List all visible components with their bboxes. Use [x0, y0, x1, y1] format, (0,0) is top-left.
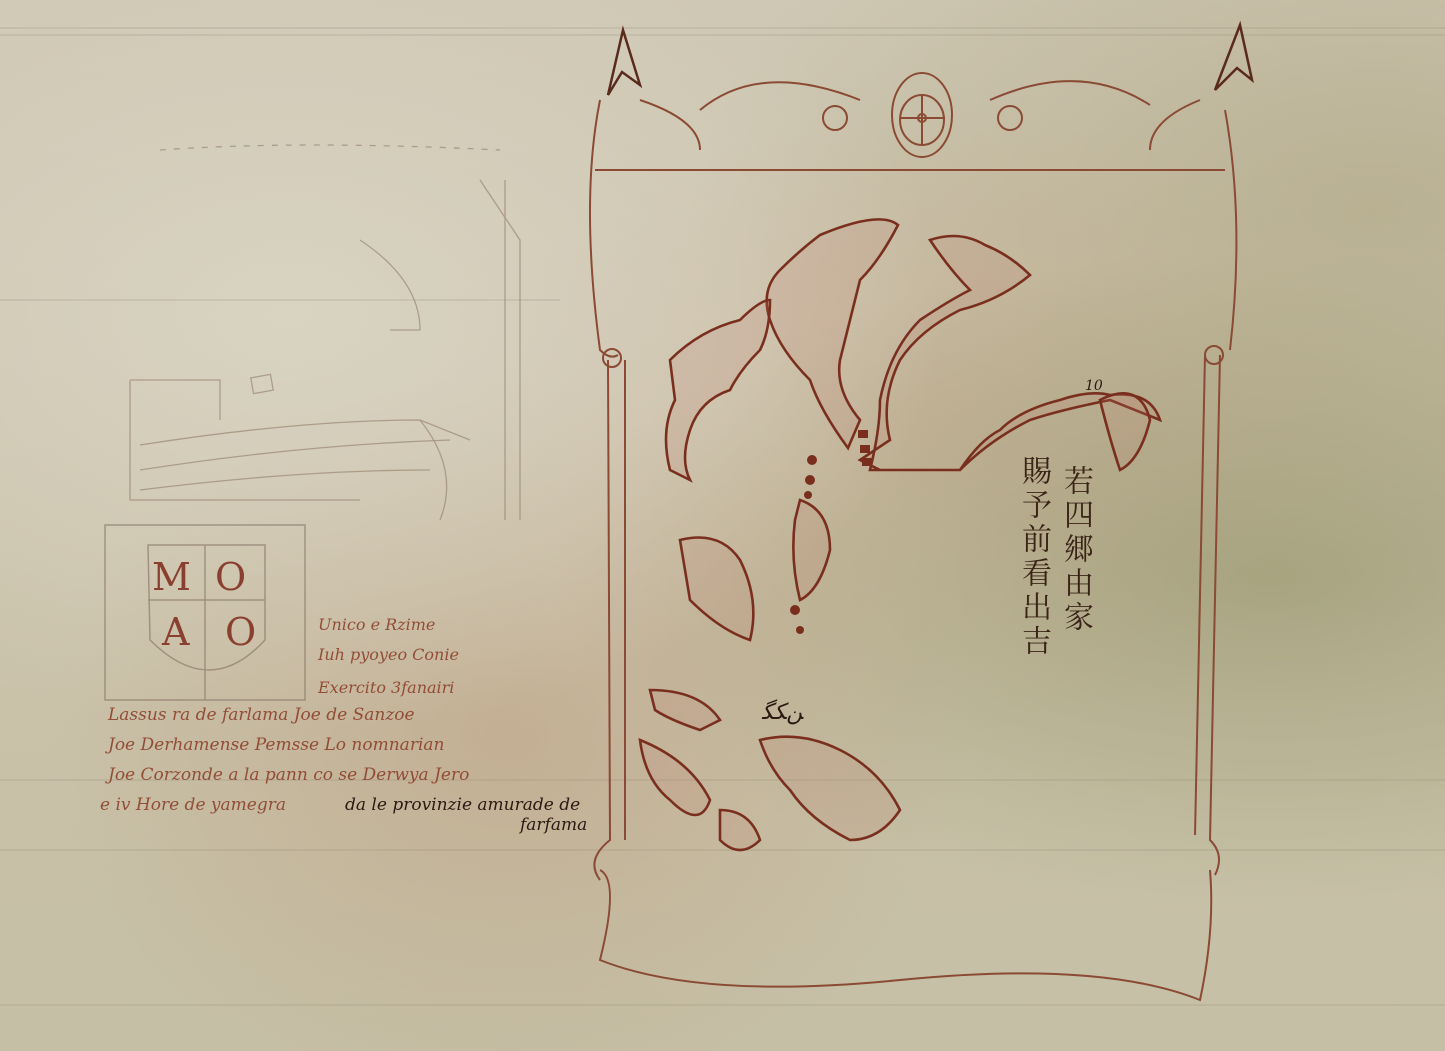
left-arrow-icon: [608, 30, 640, 95]
annotation-line-3: Exercito 3fanairi: [318, 678, 454, 697]
chinese-inscription-left: 賜予前看出吉: [1018, 455, 1048, 659]
place-label-10: 10: [1085, 378, 1103, 394]
annotation-line-1: Unico e Rzime: [318, 615, 435, 634]
monogram-letter-o2: O: [225, 610, 256, 654]
map-illustration: [0, 0, 1445, 1051]
annotation-line-2: Iuh pyoyeo Conie: [318, 645, 459, 664]
chinese-inscription-right: 若四郷由家: [1060, 465, 1090, 635]
annotation-line-6: Joe Corzonde a la pann co se Derwya Jero: [108, 765, 469, 785]
monogram-letter-o: O: [215, 555, 246, 599]
monogram-shield: [105, 525, 305, 700]
compass-rose-icon: [640, 73, 1200, 157]
monogram-letter-a: A: [162, 610, 189, 654]
ship-sketch: [130, 145, 520, 520]
monogram-letter-m: M: [152, 555, 191, 599]
annotation-line-4: Lassus ra de farlama Joe de Sanzoe: [108, 705, 415, 725]
annotation-dark-line: da le provinzie amurade de: [345, 795, 580, 815]
annotation-line-7: e iv Hore de yamegra: [100, 795, 286, 815]
ruled-lines: [0, 28, 1445, 1005]
place-label-arabic: ﻦﮑﮕ: [762, 700, 803, 725]
annotation-line-5: Joe Derhamense Pemsse Lo nomnarian: [108, 735, 444, 755]
annotation-dark-line-2: farfama: [520, 815, 587, 835]
